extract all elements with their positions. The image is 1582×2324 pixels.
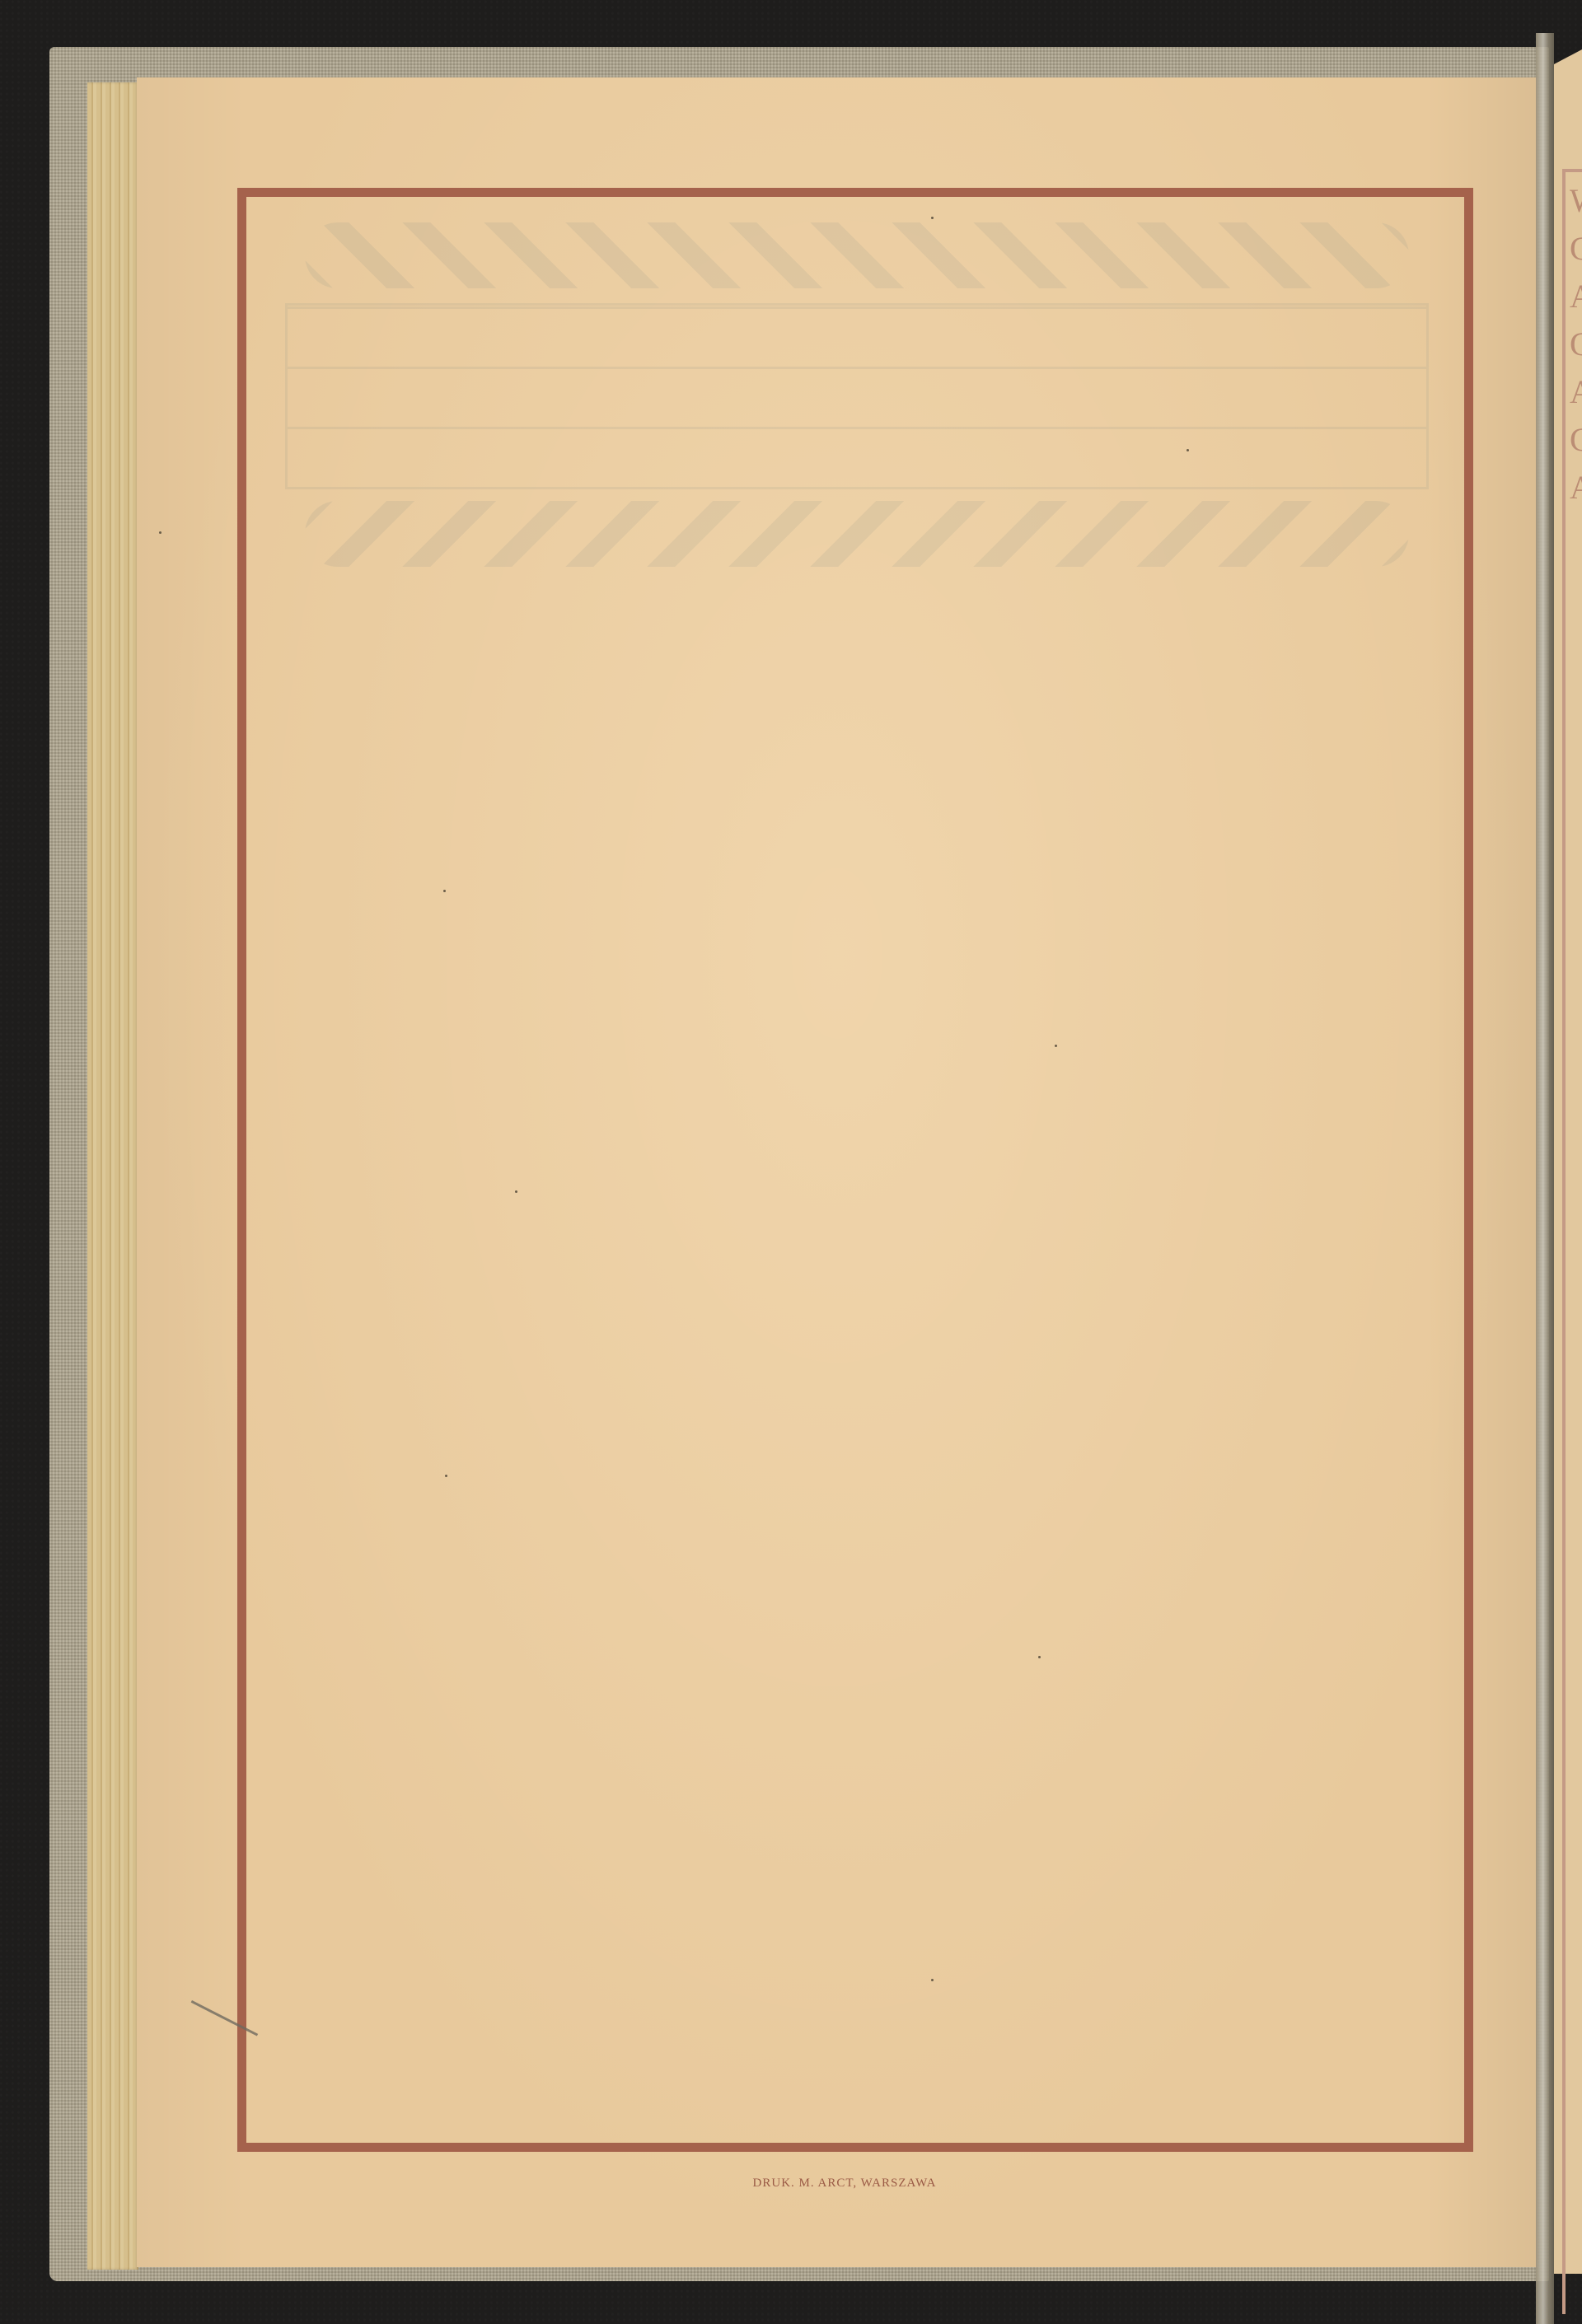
- printer-imprint: DRUK. M. ARCT, WARSZAWA: [0, 2177, 1582, 2191]
- page-edges: [87, 82, 138, 2270]
- book-gutter: [1536, 33, 1554, 2324]
- page-border-frame: [237, 188, 1473, 2152]
- adjacent-page-letters: W C A C A C A: [1570, 177, 1582, 589]
